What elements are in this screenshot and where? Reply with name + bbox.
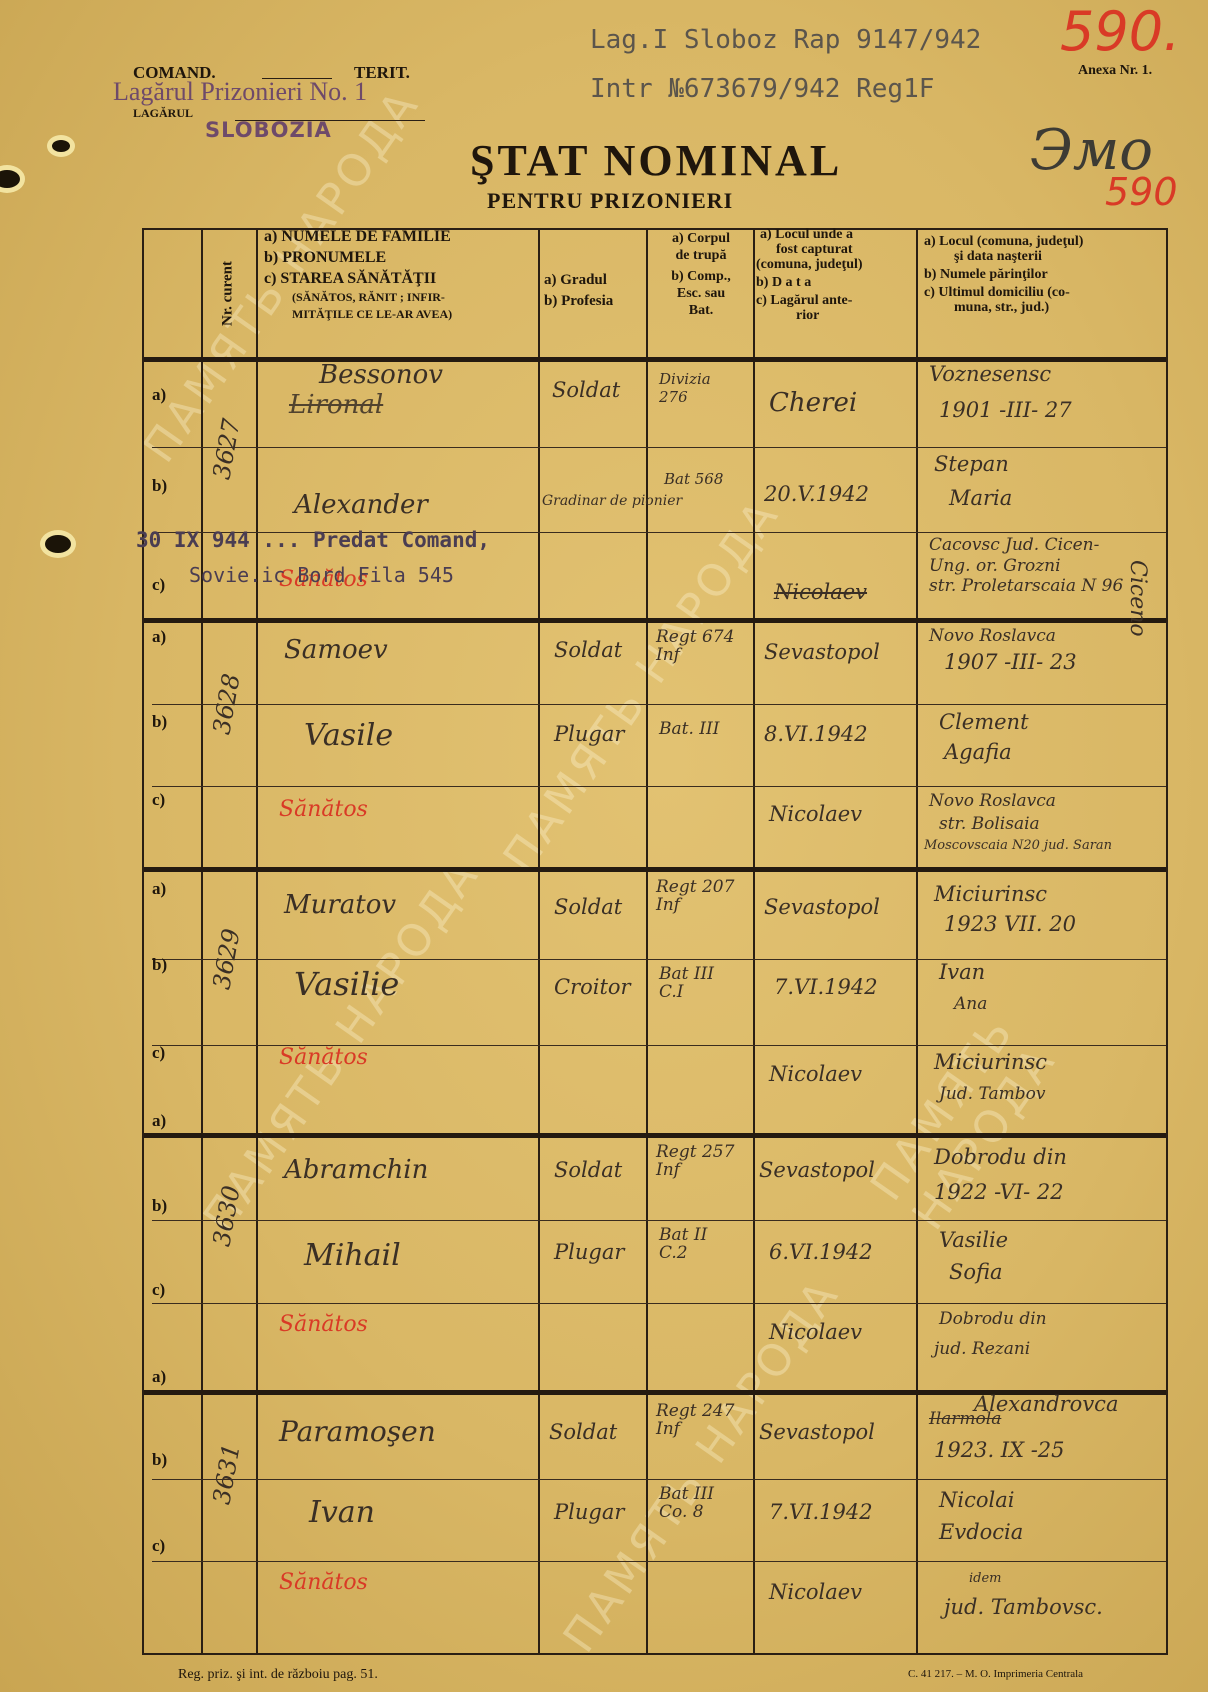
- row-divider: [152, 704, 1166, 705]
- capture-date: 7.VI.1942: [769, 1500, 873, 1524]
- page-number-side: 590: [1105, 170, 1178, 214]
- surname-struck: Lironal: [289, 390, 383, 420]
- record-number: 3629: [207, 926, 245, 991]
- row-label-b: b): [152, 1450, 167, 1470]
- surname: Bessonov: [319, 360, 443, 390]
- profession: Plugar: [554, 1500, 624, 1524]
- birth-date: 1922 -VI- 22: [934, 1180, 1064, 1204]
- record-number: 3627: [207, 416, 245, 481]
- rank: Soldat: [554, 895, 622, 919]
- record-divider: [144, 618, 1166, 623]
- parent-father: Ivan: [939, 960, 985, 984]
- col-divider: [916, 230, 918, 1653]
- unit-a: Regt 247 Inf: [656, 1402, 746, 1438]
- parent-father: Vasilie: [939, 1228, 1008, 1252]
- birth-place: Dobrodu din: [934, 1145, 1067, 1169]
- header-grad: a) Gradul b) Profesia: [544, 272, 642, 310]
- header-loc-a3: (comuna, judeţul): [756, 257, 916, 272]
- row-label-c: c): [152, 1043, 165, 1063]
- parent-father: Stepan: [934, 452, 1009, 476]
- domicile-line2: jud. Tambovsc.: [944, 1595, 1103, 1619]
- row-label-c: c): [152, 1536, 165, 1556]
- row-divider: [152, 1303, 1166, 1304]
- unit-b: Bat. III: [659, 720, 719, 738]
- unit-b: Bat III Co. 8: [659, 1485, 729, 1521]
- birth-place: Miciurinsc: [934, 882, 1047, 906]
- row-divider: [152, 786, 1166, 787]
- first-name: Vasilie: [294, 965, 399, 1003]
- row-divider: [152, 1479, 1166, 1480]
- first-name: Vasile: [304, 718, 393, 753]
- parent-mother: Maria: [949, 486, 1012, 510]
- header-name-a: a) NUMELE DE FAMILIE: [264, 228, 534, 245]
- col-divider: [753, 230, 755, 1653]
- previous-camp: Nicolaev: [769, 1062, 862, 1086]
- camp-stamp: Lagărul Prizonieri No. 1: [113, 77, 367, 107]
- health-status: Sănătos: [279, 797, 368, 822]
- surname: Paramoşen: [279, 1415, 436, 1448]
- row-label-b: b): [152, 476, 167, 496]
- unit-b: Bat III C.I: [659, 965, 739, 1001]
- unit-a: Regt 257 Inf: [656, 1143, 746, 1179]
- domicile-line3: Moscovscaia N20 jud. Saran: [924, 837, 1112, 855]
- header-loc-a2: fost capturat: [756, 242, 916, 257]
- first-name: Ivan: [309, 1495, 375, 1530]
- profession: Plugar: [554, 1240, 624, 1264]
- domicile-line1: Novo Roslavca: [929, 792, 1056, 810]
- row-label-b: b): [152, 712, 167, 732]
- header-corp: a) Corpul de trupă b) Comp., Esc. sau Ba…: [649, 230, 753, 319]
- header-born-c2: muna, str., jud.): [924, 300, 1164, 315]
- capture-date: 7.VI.1942: [774, 975, 878, 999]
- birth-place: Novo Roslavca: [929, 627, 1056, 645]
- row-label-b: b): [152, 955, 167, 975]
- capture-date: 20.V.1942: [764, 482, 869, 506]
- header-corp-b2: Esc. sau: [649, 285, 753, 302]
- health-status: Sănătos: [279, 1312, 368, 1337]
- domicile-line2: Jud. Tambov: [939, 1085, 1045, 1103]
- unit-b: Bat II C.2: [659, 1226, 719, 1262]
- rank: Soldat: [552, 378, 620, 402]
- capture-date: 8.VI.1942: [764, 722, 868, 746]
- previous-camp: Nicolaev: [769, 1580, 862, 1604]
- page-title: ŞTAT NOMINAL: [470, 135, 842, 186]
- annex-label: Anexa Nr. 1.: [1078, 63, 1152, 79]
- surname: Samoev: [284, 635, 388, 665]
- parent-father: Clement: [939, 710, 1029, 734]
- capture-date: 6.VI.1942: [769, 1240, 873, 1264]
- header-born: a) Locul (comuna, judeţul) şi data naşte…: [924, 234, 1164, 315]
- header-corp-a2: de trupă: [649, 247, 753, 264]
- lagarul-label: LAGĂRUL: [133, 106, 193, 121]
- header-loc-a: a) Locul unde a: [756, 227, 916, 242]
- birth-date: 1923. IX -25: [934, 1438, 1065, 1462]
- header-born-b: b) Numele părinţilor: [924, 267, 1164, 282]
- health-status: Sănătos: [279, 1570, 368, 1595]
- domicile-line2: Ung. or. Grozni: [929, 557, 1061, 575]
- domicile-line2: str. Bolisaia: [939, 815, 1040, 833]
- row-divider: [152, 447, 1166, 448]
- header-nr-curent: Nr. curent: [220, 229, 237, 359]
- birth-date: 1907 -III- 23: [944, 650, 1077, 674]
- page-subtitle: PENTRU PRIZONIERI: [487, 188, 733, 214]
- row-divider: [152, 1561, 1166, 1562]
- header-loc-c: c) Lagărul ante-: [756, 293, 916, 308]
- unit-a: Divizia 276: [659, 370, 744, 406]
- unit-a: Regt 207 Inf: [656, 878, 746, 914]
- transfer-stamp-line2: Sovie.ic Bord Fila 545: [189, 563, 454, 587]
- previous-camp: Nicolaev: [769, 802, 862, 826]
- record-divider: [144, 867, 1166, 872]
- surname: Muratov: [284, 890, 396, 920]
- punch-hole: [52, 140, 70, 152]
- record-number: 3628: [207, 671, 245, 736]
- header-corp-b3: Bat.: [649, 302, 753, 319]
- capture-place: Sevastopol: [764, 640, 880, 664]
- header-born-a: a) Locul (comuna, judeţul): [924, 234, 1164, 249]
- col-divider: [538, 230, 540, 1653]
- header-name: a) NUMELE DE FAMILIE b) PRONUMELE c) STA…: [264, 222, 534, 323]
- header-born-c: c) Ultimul domiciliu (co-: [924, 285, 1164, 300]
- header-name-c-note2: MITĂŢILE CE LE-AR AVEA): [292, 306, 534, 323]
- col-divider: [646, 230, 648, 1653]
- punch-hole: [45, 535, 71, 553]
- domicile-line1: Miciurinsc: [934, 1050, 1047, 1074]
- surname: Abramchin: [284, 1155, 428, 1185]
- header-loc-b: b) D a t a: [756, 275, 916, 290]
- domicile-line1: Cacovsc Jud. Cicen-: [929, 536, 1099, 554]
- capture-place: Sevastopol: [759, 1158, 875, 1182]
- header-loc-c2: rior: [756, 308, 916, 323]
- parent-mother: Sofia: [949, 1260, 1003, 1284]
- header-grad-b: b) Profesia: [544, 293, 642, 310]
- header-corp-a: a) Corpul: [649, 230, 753, 247]
- profession: Croitor: [554, 975, 631, 999]
- row-label-a: a): [152, 1367, 166, 1387]
- previous-camp: Nicolaev: [769, 1320, 862, 1344]
- record-number: 3631: [207, 1441, 245, 1506]
- parent-mother: Agafia: [944, 740, 1012, 764]
- row-label-a: a): [152, 385, 166, 405]
- unit-b: Bat 568: [664, 470, 723, 488]
- header-name-b: b) PRONUMELE: [264, 249, 534, 266]
- birth-date: 1901 -III- 27: [939, 398, 1072, 422]
- rank: Soldat: [554, 1158, 622, 1182]
- first-name: Mihail: [304, 1238, 401, 1273]
- birth-place: Voznesensc: [929, 362, 1051, 386]
- registration-stamp-line1: Lag.I Sloboz Rap 9147/942: [590, 25, 981, 55]
- profession: Plugar: [554, 722, 624, 746]
- domicile-line2: jud. Rezani: [934, 1340, 1030, 1358]
- profession: Gradinar de pionier: [542, 492, 682, 510]
- birth-date: 1923 VII. 20: [944, 912, 1076, 936]
- parent-mother: Evdocia: [939, 1520, 1023, 1544]
- prisoner-roster-table: Nr. curent a) NUMELE DE FAMILIE b) PRONU…: [142, 228, 1168, 1655]
- row-divider: [152, 1220, 1166, 1221]
- row-label-a: a): [152, 627, 166, 647]
- col-divider: [256, 230, 258, 1653]
- header-corp-b: b) Comp.,: [649, 268, 753, 285]
- birth-place: Alexandrovca: [974, 1392, 1118, 1416]
- header-loc: a) Locul unde a fost capturat (comuna, j…: [756, 227, 916, 323]
- health-status: Sănătos: [279, 1045, 368, 1070]
- capture-place: Sevastopol: [759, 1420, 875, 1444]
- row-label-b: b): [152, 1196, 167, 1216]
- previous-camp: Nicolaev: [774, 580, 867, 604]
- parent-mother: Ana: [954, 995, 987, 1013]
- footer-printer: C. 41 217. – M. O. Imprimeria Centrala: [908, 1668, 1083, 1680]
- row-label-a: a): [152, 1111, 166, 1131]
- domicile-line1: idem: [969, 1570, 1002, 1588]
- row-label-a: a): [152, 879, 166, 899]
- row-divider: [152, 959, 1166, 960]
- unit-a: Regt 674 Inf: [656, 628, 746, 664]
- record-divider: [144, 1133, 1166, 1138]
- page-number-top: 590.: [1060, 0, 1180, 63]
- capture-place: Sevastopol: [764, 895, 880, 919]
- registration-stamp-line2: Intr №673679/942 Reg1F: [590, 74, 934, 104]
- row-label-c: c): [152, 1280, 165, 1300]
- header-born-a2: şi data naşterii: [924, 249, 1164, 264]
- domicile-line1: Dobrodu din: [939, 1310, 1047, 1328]
- capture-place: Cherei: [769, 388, 857, 418]
- first-name: Alexander: [294, 490, 428, 520]
- side-note: Ciceno: [1125, 560, 1150, 637]
- footer-reference: Reg. priz. şi int. de războiu pag. 51.: [178, 1667, 378, 1683]
- header-name-c: c) STAREA SĂNĂTĂŢII: [264, 270, 534, 287]
- parent-father: Nicolai: [939, 1488, 1014, 1512]
- punch-hole: [0, 170, 20, 188]
- row-label-c: c): [152, 575, 165, 595]
- rank: Soldat: [549, 1420, 617, 1444]
- header-name-c-note1: (SĂNĂTOS, RĂNIT ; INFIR-: [292, 289, 534, 306]
- row-label-c: c): [152, 790, 165, 810]
- record-number: 3630: [207, 1183, 245, 1248]
- header-grad-a: a) Gradul: [544, 272, 642, 289]
- domicile-line3: str. Proletarscaia N 96: [929, 577, 1123, 595]
- rank: Soldat: [554, 638, 622, 662]
- transfer-stamp-line1: 30 IX 944 ... Predat Comand,: [136, 528, 490, 552]
- city-stamp: SLOBOZIA: [205, 118, 332, 142]
- col-divider: [201, 230, 203, 1653]
